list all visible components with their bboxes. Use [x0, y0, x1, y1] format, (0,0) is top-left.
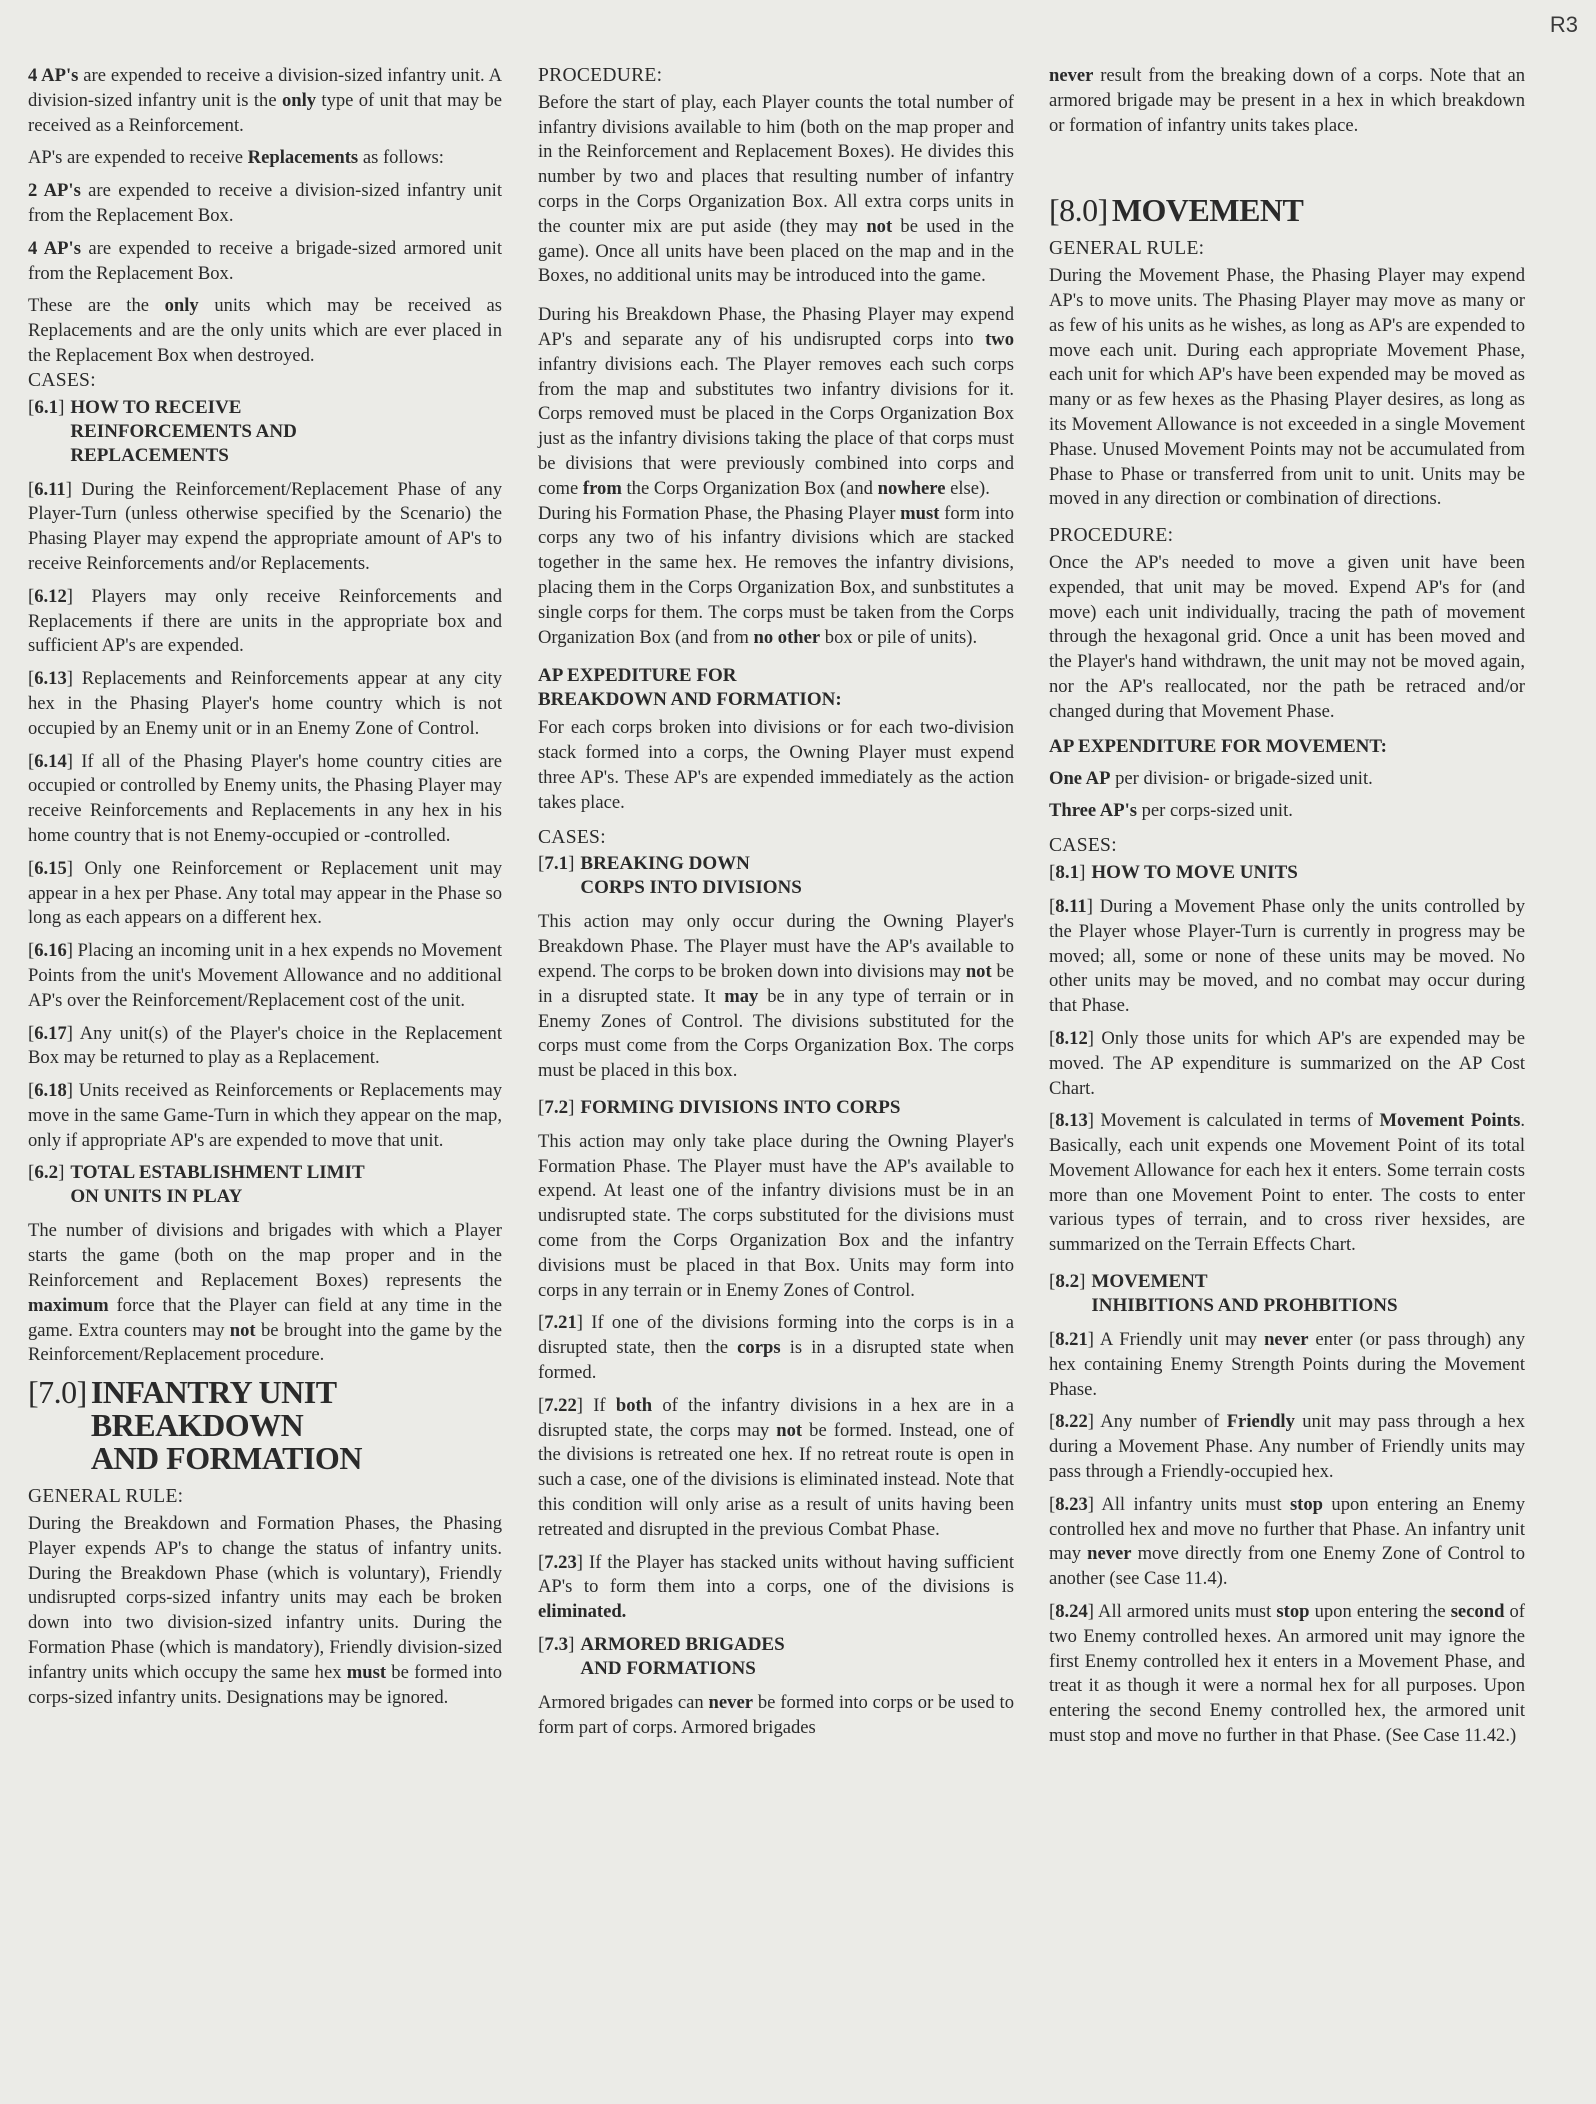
case-6-15: [6.15] Only one Reinforcement or Replace…: [28, 857, 502, 931]
case-6-13: [6.13] Replacements and Reinforcements a…: [28, 667, 502, 741]
column-1: 4 AP's are expended to receive a divisio…: [28, 64, 502, 1718]
case-8-11: [8.11] During a Movement Phase only the …: [1049, 895, 1525, 1019]
case-heading-6-2: [6.2]TOTAL ESTABLISHMENT LIMIT ON UNITS …: [28, 1161, 502, 1209]
paragraph-armored-continued: never result from the breaking down of a…: [1049, 64, 1525, 138]
case-7-21: [7.21] If one of the divisions forming i…: [538, 1311, 1014, 1385]
case-7-22: [7.22] If both of the infantry divisions…: [538, 1394, 1014, 1543]
paragraph-procedure-setup: Before the start of play, each Player co…: [538, 91, 1014, 289]
case-heading-6-1: [6.1]HOW TO RECEIVE REINFORCEMENTS AND R…: [28, 396, 502, 468]
case-8-22: [8.22] Any number of Friendly unit may p…: [1049, 1410, 1525, 1484]
case-6-17: [6.17] Any unit(s) of the Player's choic…: [28, 1022, 502, 1072]
case-8-23: [8.23] All infantry units must stop upon…: [1049, 1493, 1525, 1592]
cases-label: CASES:: [538, 826, 1014, 851]
paragraph-breaking-down: This action may only occur during the Ow…: [538, 910, 1014, 1084]
case-8-12: [8.12] Only those units for which AP's a…: [1049, 1027, 1525, 1101]
paragraph-procedure-movement: Once the AP's needed to move a given uni…: [1049, 551, 1525, 725]
procedure-label: PROCEDURE:: [538, 64, 1014, 89]
paragraph-ap-one: One AP per division- or brigade-sized un…: [1049, 767, 1525, 792]
ap-expenditure-heading: AP EXPEDITURE FOR BREAKDOWN AND FORMATIO…: [538, 664, 1014, 712]
case-6-16: [6.16] Placing an incoming unit in a hex…: [28, 939, 502, 1013]
case-6-11: [6.11] During the Reinforcement/Replacem…: [28, 478, 502, 577]
cases-label: CASES:: [1049, 834, 1525, 859]
procedure-label: PROCEDURE:: [1049, 524, 1525, 549]
case-8-24: [8.24] All armored units must stop upon …: [1049, 1600, 1525, 1749]
paragraph-general-rule-8: During the Movement Phase, the Phasing P…: [1049, 264, 1525, 512]
paragraph-replacement-intro: AP's are expended to receive Replacement…: [28, 146, 502, 171]
paragraph-general-rule-7: During the Breakdown and Formation Phase…: [28, 1512, 502, 1710]
paragraph-ap-three: Three AP's per corps-sized unit.: [1049, 799, 1525, 824]
case-6-18: [6.18] Units received as Reinforcements …: [28, 1079, 502, 1153]
case-heading-7-3: [7.3]ARMORED BRIGADES AND FORMATIONS: [538, 1633, 1014, 1681]
section-heading-7: [7.0]INFANTRY UNIT BREAKDOWN AND FORMATI…: [28, 1376, 502, 1475]
paragraph-replacement-infantry: 2 AP's are expended to receive a divisio…: [28, 179, 502, 229]
section-heading-8: [8.0]MOVEMENT: [1049, 194, 1525, 227]
column-2: PROCEDURE: Before the start of play, eac…: [538, 64, 1014, 1749]
case-6-14: [6.14] If all of the Phasing Player's ho…: [28, 750, 502, 849]
paragraph-replacement-armored: 4 AP's are expended to receive a brigade…: [28, 237, 502, 287]
page-number: R3: [1550, 12, 1578, 38]
paragraph-forming-divisions: This action may only take place during t…: [538, 1130, 1014, 1304]
general-rule-label: GENERAL RULE:: [28, 1485, 502, 1510]
column-3: never result from the breaking down of a…: [1049, 64, 1525, 1757]
paragraph-reinforcement-cost: 4 AP's are expended to receive a divisio…: [28, 64, 502, 138]
case-heading-7-1: [7.1]BREAKING DOWN CORPS INTO DIVISIONS: [538, 852, 1014, 900]
paragraph-breakdown-phase: During his Breakdown Phase, the Phasing …: [538, 303, 1014, 501]
paragraph-only-units: These are the only units which may be re…: [28, 294, 502, 368]
paragraph-formation-phase: During his Formation Phase, the Phasing …: [538, 502, 1014, 651]
case-6-12: [6.12] Players may only receive Reinforc…: [28, 585, 502, 659]
paragraph-establishment-limit: The number of divisions and brigades wit…: [28, 1219, 502, 1368]
case-8-21: [8.21] A Friendly unit may never enter (…: [1049, 1328, 1525, 1402]
case-8-13: [8.13] Movement is calculated in terms o…: [1049, 1109, 1525, 1258]
paragraph-armored-brigades: Armored brigades can never be formed int…: [538, 1691, 1014, 1741]
case-heading-8-1: [8.1]HOW TO MOVE UNITS: [1049, 861, 1525, 885]
paragraph-ap-expenditure: For each corps broken into divisions or …: [538, 716, 1014, 815]
general-rule-label: GENERAL RULE:: [1049, 237, 1525, 262]
case-heading-7-2: [7.2]FORMING DIVISIONS INTO CORPS: [538, 1096, 1014, 1120]
case-7-23: [7.23] If the Player has stacked units w…: [538, 1551, 1014, 1625]
case-heading-8-2: [8.2]MOVEMENT INHIBITIONS AND PROHBITION…: [1049, 1270, 1525, 1318]
cases-label: CASES:: [28, 369, 502, 394]
ap-expenditure-movement-heading: AP EXPENDITURE FOR MOVEMENT:: [1049, 735, 1525, 759]
